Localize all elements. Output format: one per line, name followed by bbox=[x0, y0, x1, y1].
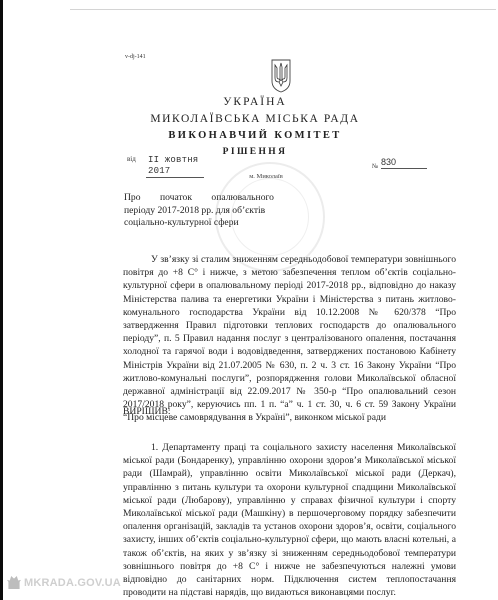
date-label: від bbox=[127, 155, 136, 163]
subject-word: опалювального bbox=[211, 192, 274, 205]
subject-line-3: соціально-культурної сфери bbox=[124, 217, 274, 230]
decision-subject: Про початок опалювального періоду 2017-2… bbox=[124, 192, 274, 230]
preamble-paragraph: У зв’язку зі сталим зниженням середньодо… bbox=[123, 253, 456, 425]
watermark-text: MKRADA.GOV.UA bbox=[24, 577, 121, 589]
number-label: № bbox=[372, 163, 378, 170]
city-name: м. Миколаїв bbox=[0, 173, 498, 180]
subject-word: початок bbox=[160, 192, 192, 205]
document-number: 830 bbox=[381, 157, 427, 169]
subject-word: Про bbox=[124, 192, 141, 205]
city-coat-of-arms-icon bbox=[7, 576, 21, 589]
clause-1-paragraph: 1. Департаменту праці та соціального зах… bbox=[123, 441, 456, 599]
document-type: РІШЕННЯ bbox=[6, 147, 498, 157]
scan-edge bbox=[0, 0, 3, 600]
subject-line-2: періоду 2017-2018 рр. для об’єктів bbox=[124, 205, 274, 218]
ukraine-trident-emblem-icon bbox=[271, 59, 291, 93]
resolved-heading: ВИРІШИВ: bbox=[123, 406, 171, 417]
document-code: v-dj-141 bbox=[125, 54, 146, 60]
header-country: УКРАЇНА bbox=[6, 96, 498, 108]
subject-line-1: Про початок опалювального bbox=[124, 192, 274, 205]
site-watermark: MKRADA.GOV.UA bbox=[7, 576, 121, 589]
scan-top-rule bbox=[70, 9, 496, 10]
header-committee: ВИКОНАВЧИЙ КОМІТЕТ bbox=[6, 130, 498, 141]
header-council: МИКОЛАЇВСЬКА МІСЬКА РАДА bbox=[6, 113, 498, 125]
